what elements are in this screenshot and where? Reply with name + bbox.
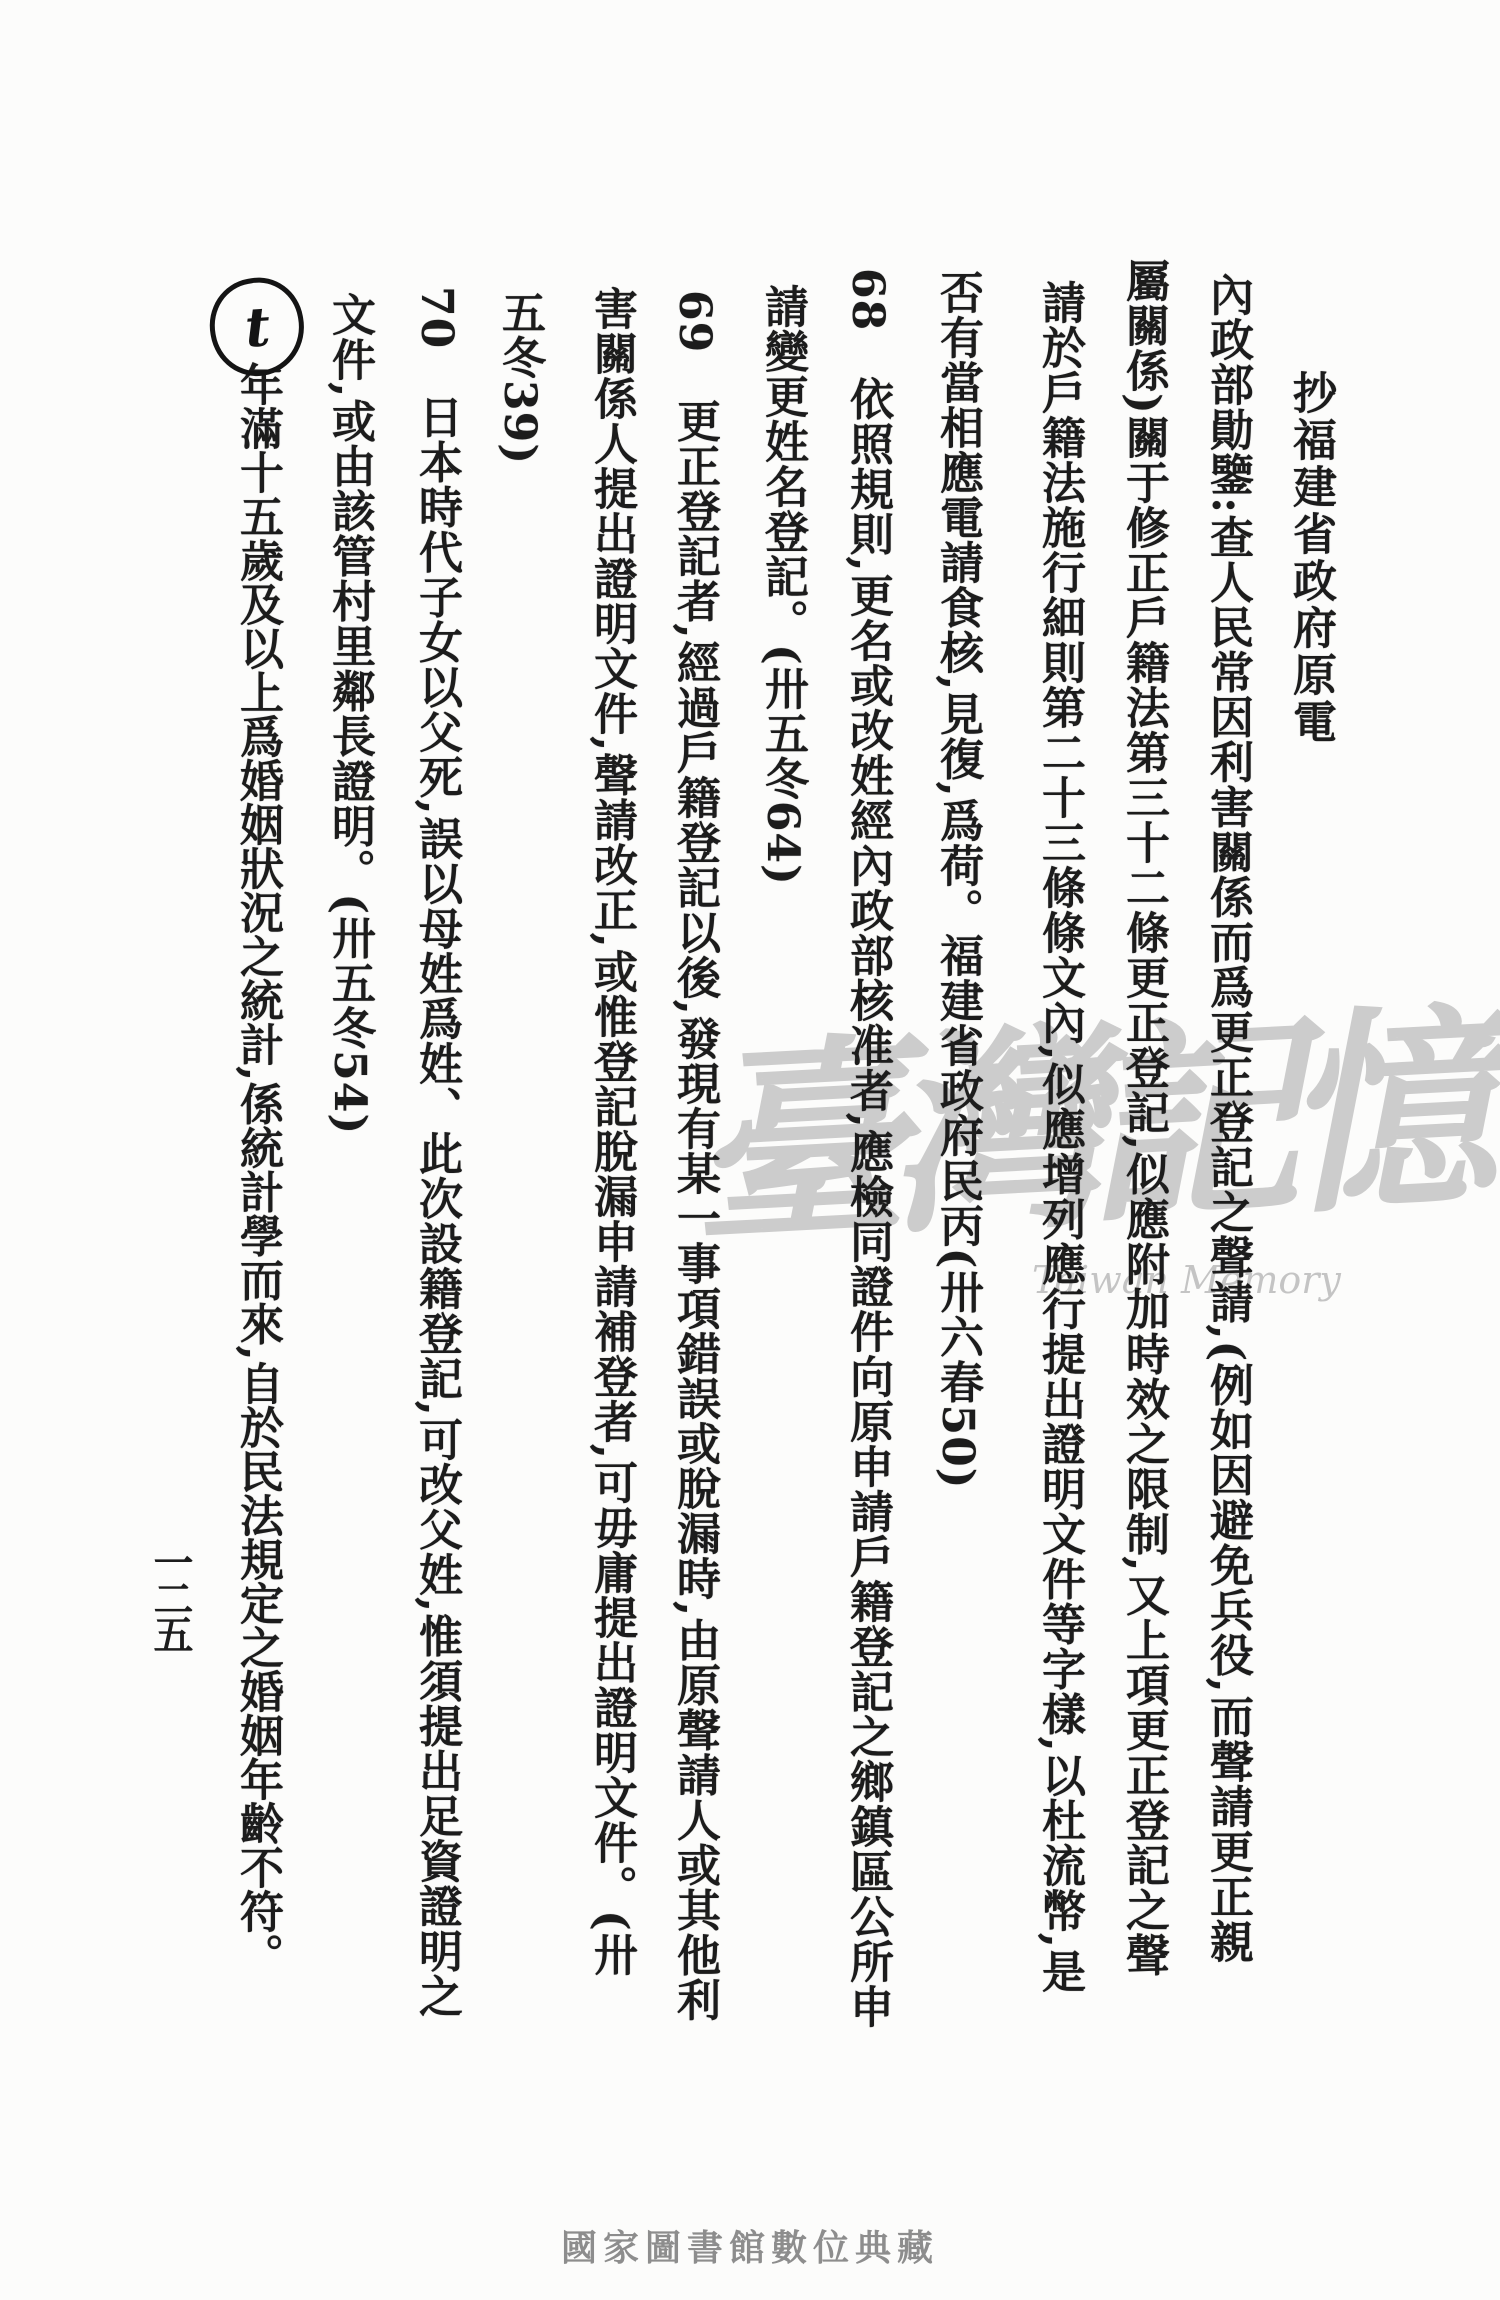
text-column-1: 內政部勛鑒:查人民常因利害關係而爲更正登記之聲請,(例如因避免兵役,而聲請更正親 [1205,272,1249,1964]
library-footer-caption: 國家圖書館數位典藏 [561,2220,939,2271]
handwritten-circle-annotation: t [202,271,312,384]
annotated-text-column: 年滿十五歲及以上爲婚姻狀況之統計,係統計學而來,自於民法規定之婚姻年齡不符。 [235,362,279,1977]
text-column-2: 屬關係)關于修正戶籍法第三十二條更正登記,似應附加時效之限制,又上項更正登記之聲 [1121,258,1165,1977]
page-number: 一二五 [150,1542,190,1650]
item-68-column-2: 請變更姓名登記。(卅五冬64) [760,284,804,886]
item-69-column-1: 69 更正登記者,經過戶籍登記以後,發現有某一事項錯誤或脫漏時,由原聲請人或其他… [672,290,716,2022]
text-column-3: 請於戶籍法施行細則第二十三條條文內,似應增列應行提出證明文件等字樣,以杜流幣,是 [1037,280,1081,1994]
item-69-column-2: 害關係人提出證明文件,聲請改正,或惟登記脫漏申請補登者,可毋庸提出證明文件。(卅 [589,286,633,1977]
annotation-mark-glyph: t [243,299,272,355]
document-title: 抄福建省政府原電 [1288,370,1332,746]
item-70-column-2: 文件,或由該管村里鄰長證明。(卅五冬54) [327,292,371,1135]
item-69-column-3: 五冬39) [497,290,541,465]
item-70-column-1: 70 日本時代子女以父死,誤以母姓爲姓、此次設籍登記,可改父姓,惟須提出足資證明… [414,286,458,2018]
item-68-column-1: 68 依照規則,更名或改姓經內政部核准者,應檢同證件向原申請戶籍登記之鄉鎮區公所… [845,268,889,2029]
scanned-document-page: 臺灣記憶 Taiwan Memory 抄福建省政府原電 內政部勛鑒:查人民常因利… [0,0,1500,2300]
text-column-4: 否有當相應電請食核,見復,爲荷。福建省政府民丙(卅六春50) [935,270,979,1490]
